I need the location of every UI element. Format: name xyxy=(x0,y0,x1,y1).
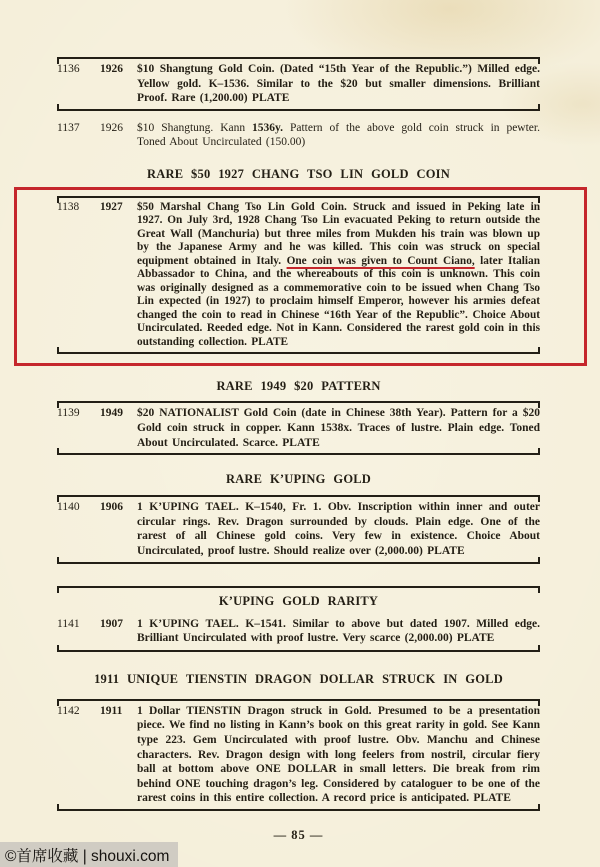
lot-number: 1139 xyxy=(57,406,100,450)
lot-number: 1142 xyxy=(57,704,100,806)
catalog-entry-1142: 1142 1911 1 Dollar TIENSTIN Dragon struc… xyxy=(57,699,540,811)
catalog-entry-1138: 1138 1927 $50 Marshal Chang Tso Lin Gold… xyxy=(57,196,540,355)
entry-body: 1 K’UPING TAEL. K–1541. Similar to above… xyxy=(137,617,540,646)
section-heading-kuping-rarity: K’UPING GOLD RARITY xyxy=(57,594,540,609)
bracket-rule-bottom xyxy=(57,809,540,811)
bracket-rule-bottom xyxy=(57,562,540,564)
bracket-rule-top xyxy=(57,401,540,403)
watermark: ©首席收藏 | shouxi.com xyxy=(0,842,178,867)
section-heading-1949-pattern: RARE 1949 $20 PATTERN xyxy=(57,379,540,394)
entry-body: $10 Shangtung. Kann 1536y. Pattern of th… xyxy=(137,121,540,150)
lot-number: 1137 xyxy=(57,121,100,150)
entry-body: 1 Dollar TIENSTIN Dragon struck in Gold.… xyxy=(137,704,540,806)
lot-number: 1140 xyxy=(57,500,100,558)
catalog-section-1141: K’UPING GOLD RARITY 1141 1907 1 K’UPING … xyxy=(57,586,540,652)
lot-year: 1907 xyxy=(100,617,137,646)
catalog-entry-1137: 1137 1926 $10 Shangtung. Kann 1536y. Pat… xyxy=(57,121,540,150)
bracket-rule-top xyxy=(57,586,540,588)
entry-body: $50 Marshal Chang Tso Lin Gold Coin. Str… xyxy=(137,201,540,350)
bracket-rule-bottom xyxy=(57,453,540,455)
catalog-page: 1136 1926 $10 Shangtung Gold Coin. (Date… xyxy=(0,0,600,843)
entry-body: 1 K’UPING TAEL. K–1540, Fr. 1. Obv. Insc… xyxy=(137,500,540,558)
page-number: — 85 — xyxy=(57,828,540,843)
bracket-rule-bottom xyxy=(57,650,540,652)
lot-number: 1141 xyxy=(57,617,100,646)
section-heading-tienstin-dollar: 1911 UNIQUE TIENSTIN DRAGON DOLLAR STRUC… xyxy=(57,672,540,687)
bracket-rule-bottom xyxy=(57,352,540,354)
lot-number: 1138 xyxy=(57,201,100,350)
entry-body: $10 Shangtung Gold Coin. (Dated “15th Ye… xyxy=(137,62,540,106)
red-highlight-box: 1138 1927 $50 Marshal Chang Tso Lin Gold… xyxy=(14,187,587,367)
red-underlined-text: One coin was given to Count Ciano, xyxy=(287,255,475,267)
entry-text: $10 Shangtung. Kann xyxy=(137,122,252,134)
bracket-rule-bottom xyxy=(57,109,540,111)
bracket-rule-top xyxy=(57,495,540,497)
lot-number: 1136 xyxy=(57,62,100,106)
lot-year: 1911 xyxy=(100,704,137,806)
lot-year: 1926 xyxy=(100,62,137,106)
catalog-entry-1136: 1136 1926 $10 Shangtung Gold Coin. (Date… xyxy=(57,57,540,111)
entry-text-bold: 1536y. xyxy=(252,122,283,134)
bracket-rule-top xyxy=(57,699,540,701)
catalog-entry-1139: 1139 1949 $20 NATIONALIST Gold Coin (dat… xyxy=(57,401,540,455)
lot-year: 1906 xyxy=(100,500,137,558)
bracket-rule-top xyxy=(57,57,540,59)
entry-text: later Italian Abbassador to China, and t… xyxy=(137,255,540,348)
lot-year: 1926 xyxy=(100,121,137,150)
lot-year: 1949 xyxy=(100,406,137,450)
lot-year: 1927 xyxy=(100,201,137,350)
entry-body: $20 NATIONALIST Gold Coin (date in Chine… xyxy=(137,406,540,450)
catalog-entry-1140: 1140 1906 1 K’UPING TAEL. K–1540, Fr. 1.… xyxy=(57,495,540,563)
section-heading-chang-tso-lin: RARE $50 1927 CHANG TSO LIN GOLD COIN xyxy=(57,167,540,182)
bracket-rule-top xyxy=(57,196,540,198)
section-heading-kuping-gold: RARE K’UPING GOLD xyxy=(57,472,540,487)
